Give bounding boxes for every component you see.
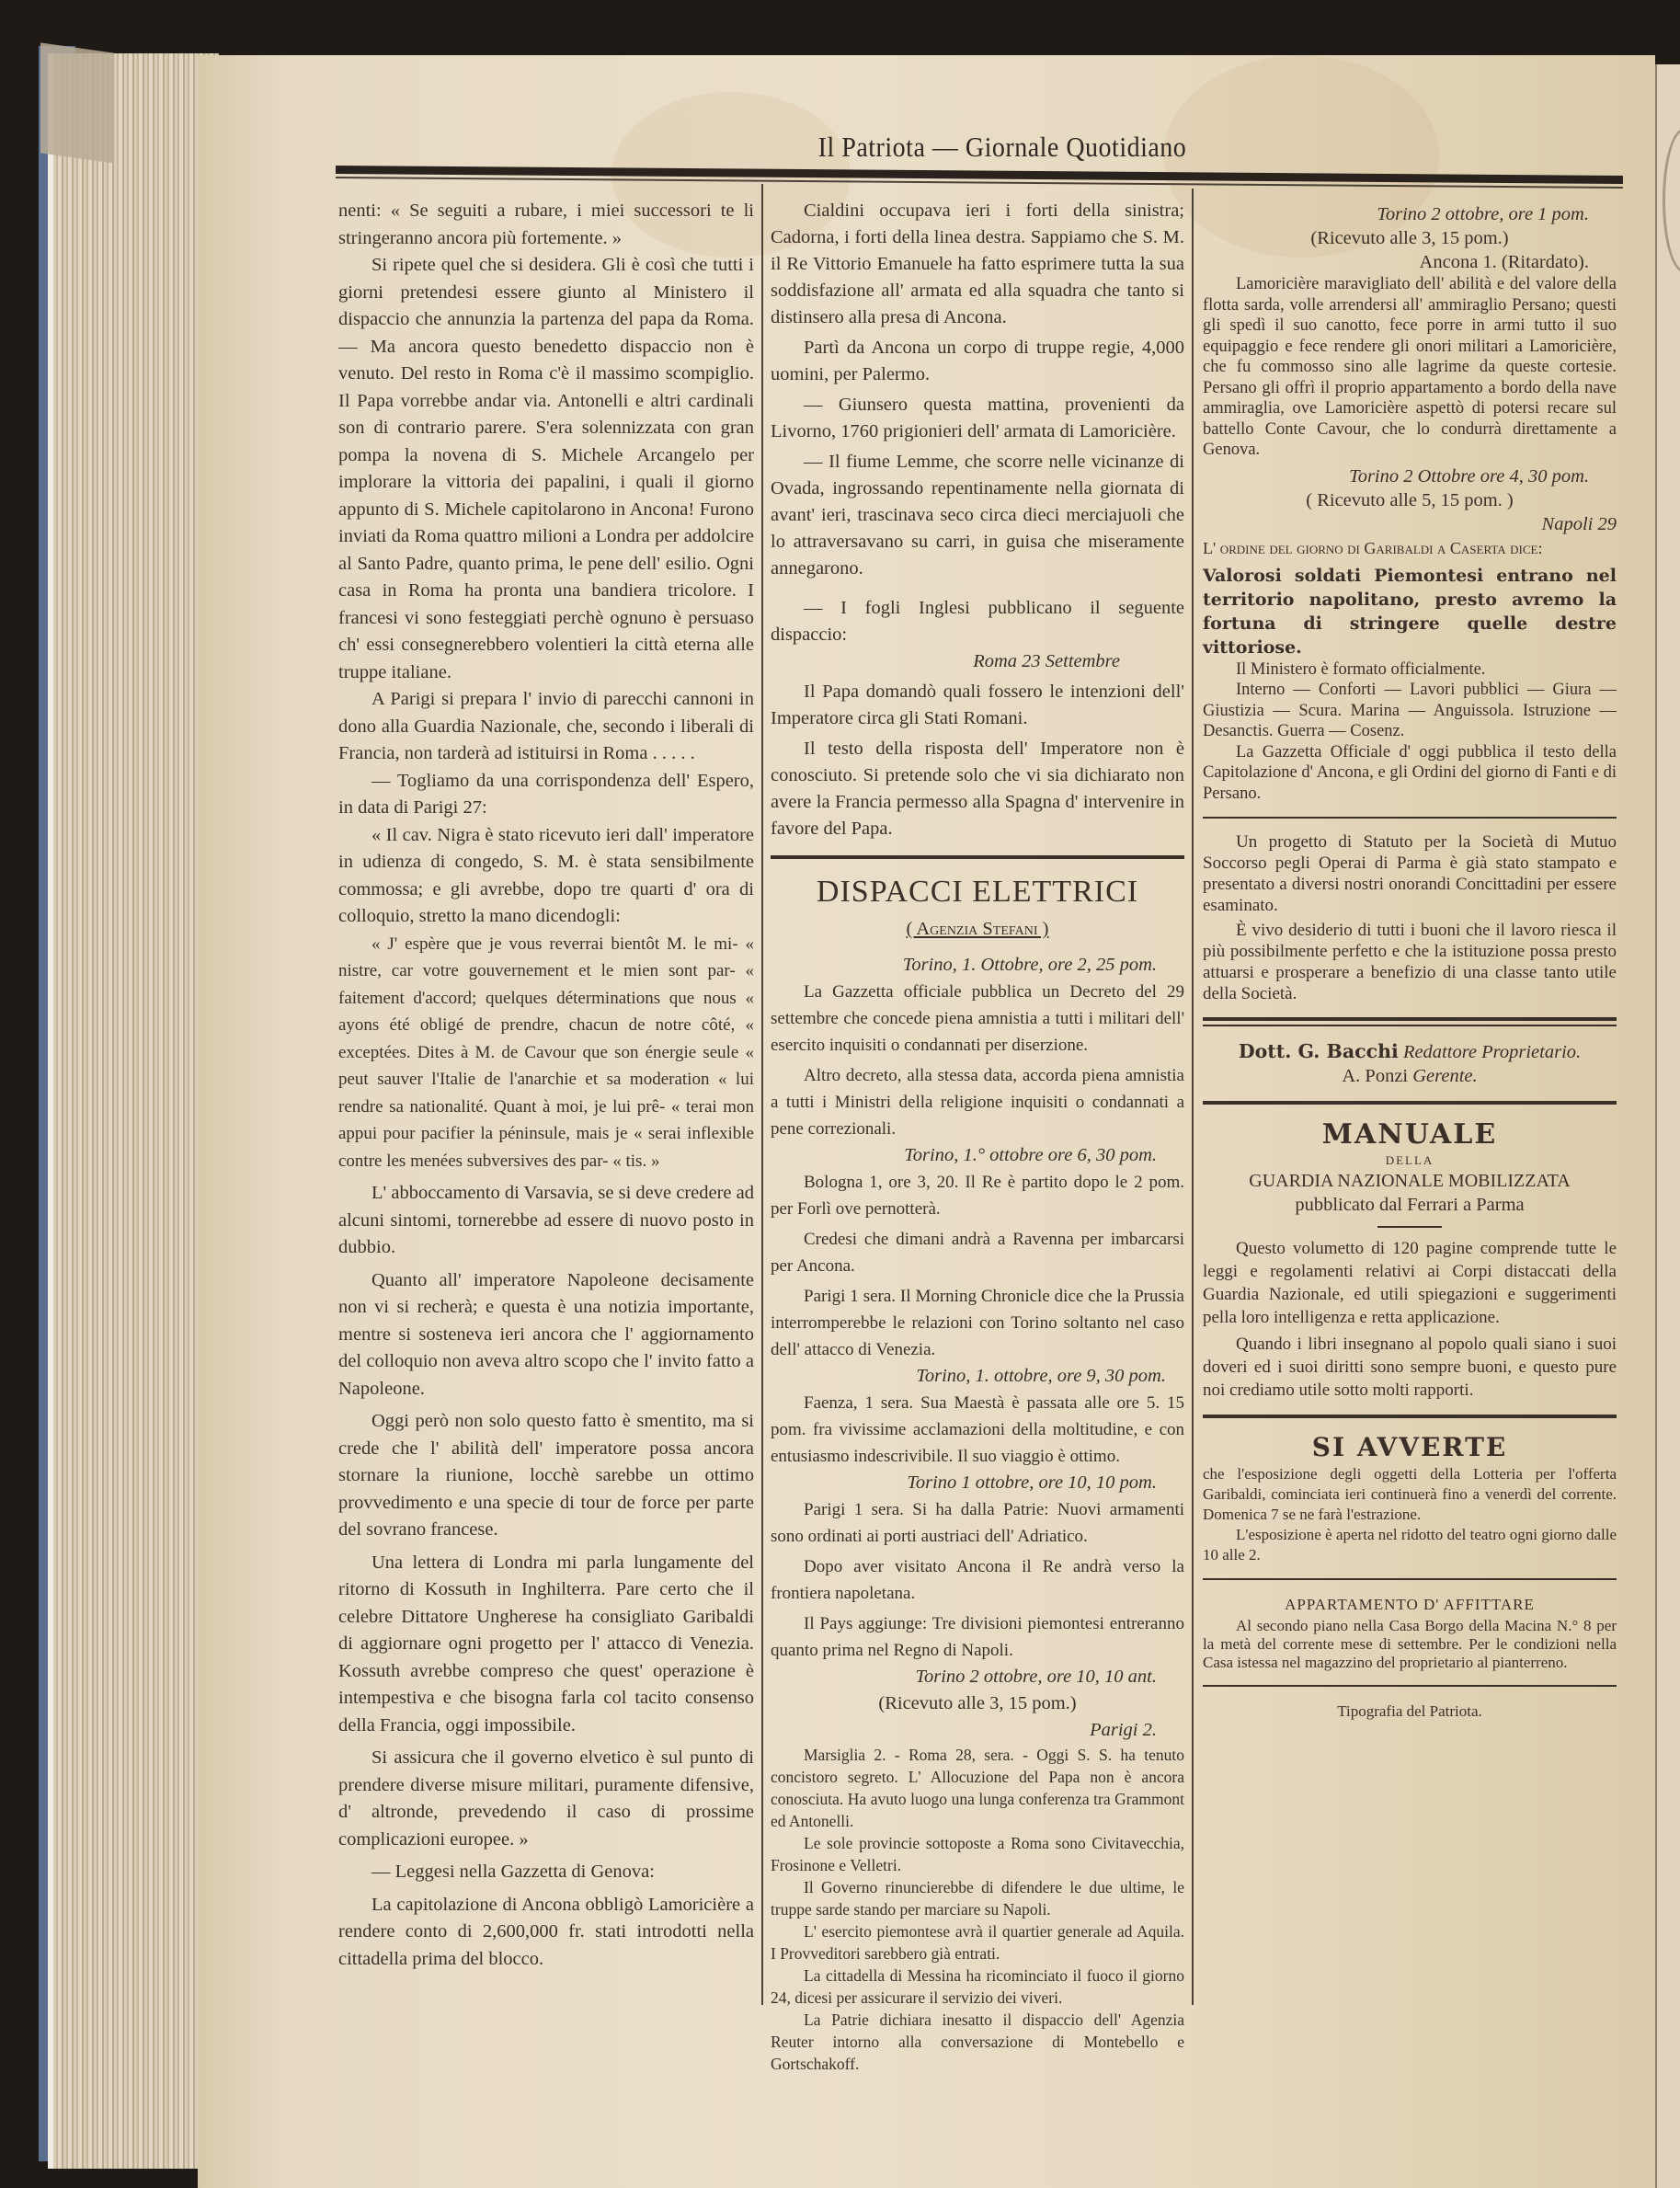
section-divider: [1203, 1101, 1617, 1105]
dateline: Roma 23 Settembre: [771, 648, 1184, 675]
manager-line: A. Ponzi Gerente.: [1203, 1064, 1617, 1088]
received-note: (Ricevuto alle 3, 15 pom.): [1203, 226, 1617, 250]
section-divider: [1203, 817, 1617, 819]
ministry-paragraph: Il Ministero è formato officialmente.: [1203, 659, 1617, 681]
manuale-della: DELLA: [1203, 1152, 1617, 1169]
avverte-paragraph: L'esposizione è aperta nel ridotto del t…: [1203, 1525, 1617, 1565]
manuale-paragraph: Questo volumetto di 120 pagine comprende…: [1203, 1237, 1617, 1329]
article-paragraph: Quanto all' imperatore Napoleone decisam…: [338, 1267, 754, 1403]
article-paragraph: nenti: « Se seguiti a rubare, i miei suc…: [338, 198, 754, 252]
manuale-subtitle: GUARDIA NAZIONALE MOBILIZZATA: [1203, 1169, 1617, 1193]
statuto-paragraph: Un progetto di Statuto per la Società di…: [1203, 831, 1617, 916]
dispatch-paragraph: Il Pays aggiunge: Tre divisioni piemonte…: [771, 1610, 1184, 1664]
article-paragraph: — Togliamo da una corrispondenza dell' E…: [338, 768, 754, 822]
dispatch-paragraph: La Patrie dichiara inesatto il dispaccio…: [771, 2009, 1184, 2075]
dispatch-paragraph: Credesi che dimani andrà a Ravenna per i…: [771, 1226, 1184, 1279]
article-paragraph: Si ripete quel che si desidera. Gli è co…: [338, 252, 754, 686]
page-header-title: Il Patriota — Giornale Quotidiano: [786, 132, 1218, 164]
avverte-title: SI AVVERTE: [1203, 1431, 1617, 1464]
dateline: Torino 2 ottobre, ore 10, 10 ant.: [771, 1664, 1184, 1690]
facing-page-edge: [1655, 64, 1680, 2188]
order-of-day-intro: L' ordine del giorno di Garibaldi a Case…: [1203, 536, 1617, 560]
article-paragraph: Il Papa domandò quali fossero le intenzi…: [771, 679, 1184, 732]
dispatch-paragraph: Altro decreto, alla stessa data, accorda…: [771, 1062, 1184, 1142]
manager-role: Gerente.: [1412, 1066, 1477, 1086]
page-stack-edge: [48, 53, 219, 2169]
section-divider: [1203, 1578, 1617, 1580]
editor-line: Dott. G. Bacchi Redattore Proprietario.: [1203, 1039, 1617, 1064]
dispatch-paragraph: Bologna 1, ore 3, 20. Il Re è partito do…: [771, 1169, 1184, 1222]
received-note: (Ricevuto alle 3, 15 pom.): [771, 1690, 1184, 1717]
article-paragraph: Il testo della risposta dell' Imperatore…: [771, 736, 1184, 842]
dateline: Torino 2 ottobre, ore 1 pom.: [1203, 202, 1617, 226]
section-divider: [1203, 1685, 1617, 1687]
manuale-title: MANUALE: [1203, 1117, 1617, 1152]
printer-footer: Tipografia del Patriota.: [1203, 1700, 1617, 1724]
french-quote: « J' espère que je vous reverrai bientôt…: [338, 931, 754, 1175]
section-divider: [1203, 1415, 1617, 1418]
article-paragraph: Partì da Ancona un corpo di truppe regie…: [771, 335, 1184, 388]
article-paragraph: La capitolazione di Ancona obbligò Lamor…: [338, 1892, 754, 1974]
column-3: Torino 2 ottobre, ore 1 pom. (Ricevuto a…: [1203, 202, 1617, 1724]
dateline: Torino, 1.° ottobre ore 6, 30 pom.: [771, 1142, 1184, 1169]
section-title: DISPACCI ELETTRICI: [771, 872, 1184, 912]
divider-ornament: [1377, 1226, 1442, 1228]
article-paragraph: — I fogli Inglesi pubblicano il seguente…: [771, 595, 1184, 648]
editor-name: Dott. G. Bacchi: [1239, 1040, 1399, 1062]
dateline-place: Parigi 2.: [771, 1717, 1184, 1744]
manuale-paragraph: Quando i libri insegnano al popolo quali…: [1203, 1333, 1617, 1402]
torn-corner: [40, 42, 114, 163]
dateline-place: Ancona 1. (Ritardato).: [1203, 250, 1617, 274]
section-divider: [771, 855, 1184, 859]
column-separator: [761, 184, 763, 2005]
dateline: Torino, 1. ottobre, ore 9, 30 pom.: [771, 1363, 1184, 1390]
dateline-place: Napoli 29: [1203, 512, 1617, 536]
article-paragraph: « Il cav. Nigra è stato ricevuto ieri da…: [338, 822, 754, 931]
article-paragraph: A Parigi si prepara l' invio di parecchi…: [338, 686, 754, 768]
dateline: Torino, 1. Ottobre, ore 2, 25 pom.: [771, 952, 1184, 979]
column-2: Cialdini occupava ieri i forti della sin…: [771, 198, 1184, 2075]
article-paragraph: Una lettera di Londra mi parla lungament…: [338, 1550, 754, 1740]
ministry-paragraph: La Gazzetta Officiale d' oggi pubblica i…: [1203, 742, 1617, 805]
received-note: ( Ricevuto alle 5, 15 pom. ): [1203, 488, 1617, 512]
dateline: Torino 1 ottobre, ore 10, 10 pom.: [771, 1470, 1184, 1496]
section-subtitle: ( Agenzia Stefani ): [771, 916, 1184, 943]
statuto-paragraph: È vivo desiderio di tutti i buoni che il…: [1203, 920, 1617, 1004]
article-paragraph: L' abboccamento di Varsavia, se si deve …: [338, 1180, 754, 1262]
ministry-paragraph: Interno — Conforti — Lavori pubblici — G…: [1203, 680, 1617, 742]
article-paragraph: Si assicura che il governo elvetico è su…: [338, 1745, 754, 1853]
affittare-paragraph: Al secondo piano nella Casa Borgo della …: [1203, 1617, 1617, 1672]
dispatch-paragraph: La Gazzetta officiale pubblica un Decret…: [771, 979, 1184, 1059]
dispatch-paragraph: Parigi 1 sera. Si ha dalla Patrie: Nuovi…: [771, 1496, 1184, 1550]
column-1: nenti: « Se seguiti a rubare, i miei suc…: [338, 198, 754, 1973]
article-paragraph: — Leggesi nella Gazzetta di Genova:: [338, 1859, 754, 1886]
affittare-title: APPARTAMENTO D' AFFITTARE: [1203, 1593, 1617, 1617]
manager-name: A. Ponzi: [1342, 1066, 1408, 1086]
article-paragraph: Oggi però non solo questo fatto è smenti…: [338, 1408, 754, 1544]
column-separator: [1192, 189, 1194, 2005]
dispatch-paragraph: Le sole provincie sottoposte a Roma sono…: [771, 1832, 1184, 1876]
editor-role: Redattore Proprietario.: [1403, 1042, 1581, 1062]
dispatch-paragraph: Faenza, 1 sera. Sua Maestà è passata all…: [771, 1390, 1184, 1470]
dateline: Torino 2 Ottobre ore 4, 30 pom.: [1203, 464, 1617, 488]
article-paragraph: — Giunsero questa mattina, provenienti d…: [771, 392, 1184, 445]
dispatch-paragraph: La cittadella di Messina ha ricominciato…: [771, 1965, 1184, 2009]
dispatch-paragraph: L' esercito piemontese avrà il quartier …: [771, 1920, 1184, 1965]
dispatch-paragraph: Dopo aver visitato Ancona il Re andrà ve…: [771, 1553, 1184, 1607]
manuale-publisher: pubblicato dal Ferrari a Parma: [1203, 1193, 1617, 1217]
section-divider: [1203, 1017, 1617, 1026]
dispatch-paragraph: Parigi 1 sera. Il Morning Chronicle dice…: [771, 1283, 1184, 1363]
article-paragraph: — Il fiume Lemme, che scorre nelle vicin…: [771, 449, 1184, 582]
dispatch-paragraph: Lamoricière maravigliato dell' abilità e…: [1203, 274, 1617, 461]
garibaldi-order: Valorosi soldati Piemontesi entrano nel …: [1203, 564, 1617, 659]
avverte-paragraph: che l'esposizione degli oggetti della Lo…: [1203, 1464, 1617, 1525]
dispatch-paragraph: Il Governo rinuncierebbe di difendere le…: [771, 1876, 1184, 1920]
dispatch-paragraph: Marsiglia 2. - Roma 28, sera. - Oggi S. …: [771, 1744, 1184, 1832]
article-paragraph: Cialdini occupava ieri i forti della sin…: [771, 198, 1184, 331]
